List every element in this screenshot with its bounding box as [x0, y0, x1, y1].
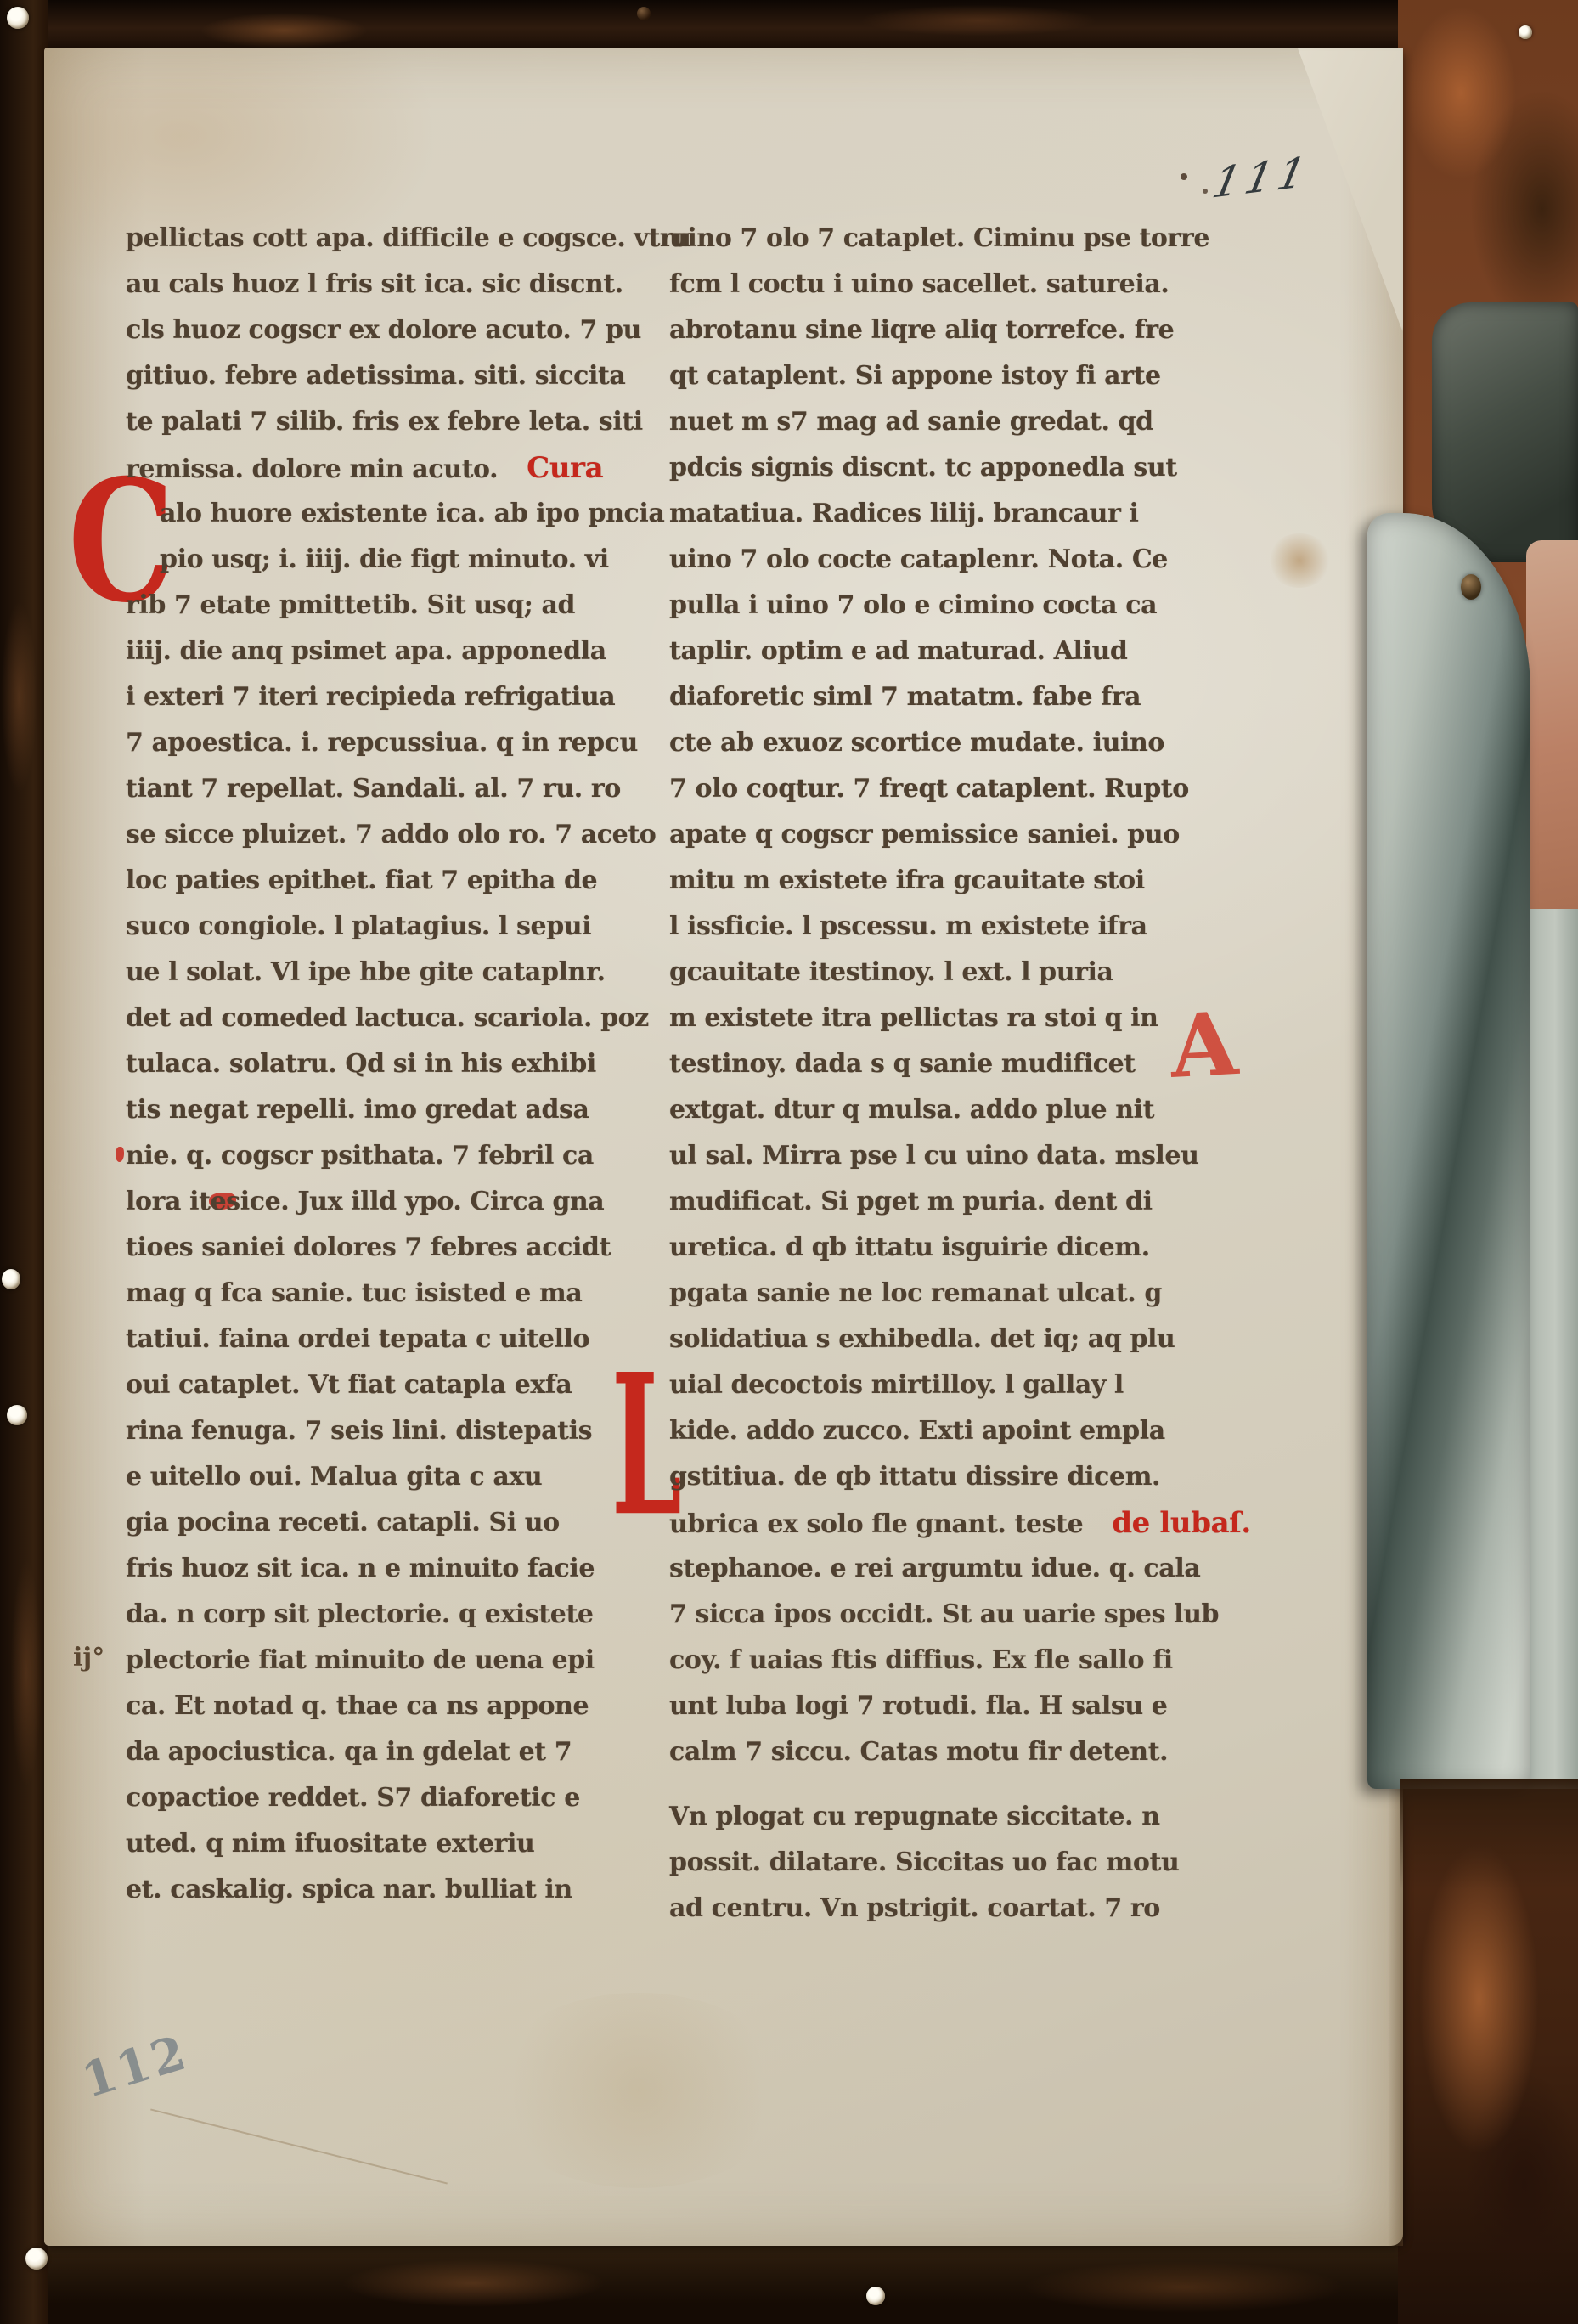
text-column-right: uino 7 olo 7 cataplet. Ciminu pse torref… — [669, 216, 1264, 1932]
manuscript-line: 7 olo coqtur. 7 freqt cataplent. Rupto — [669, 766, 1264, 812]
manuscript-line: tulaca. solatru. Qd si in his exhibi — [126, 1041, 659, 1087]
rubric-text: de lubaſ. — [1112, 1506, 1251, 1540]
manuscript-line: gcauitate itestinoy. l ext. l puria — [669, 950, 1264, 996]
manuscript-line: iiij. die anq psimet apa. apponedla — [126, 629, 659, 674]
manuscript-line: nuet m s7 mag ad sanie gredat. qd — [669, 399, 1264, 445]
manuscript-line: 7 sicca ipos occidt. St au uarie spes lu… — [669, 1592, 1264, 1638]
manuscript-line: ad centru. Vn pstrigit. coartat. 7 ro — [669, 1886, 1264, 1932]
manuscript-line: i exteri 7 iteri recipieda refrigatiua — [126, 674, 659, 720]
manuscript-line: mag q fca sanie. tuc isisted e ma — [126, 1271, 659, 1317]
manuscript-line: stephanoe. e rei argumtu idue. q. cala — [669, 1546, 1264, 1592]
metal-boss-icon — [7, 7, 29, 29]
manuscript-line: oui cataplet. Vt fiat catapla exfa — [126, 1362, 659, 1408]
metal-boss-icon — [25, 2248, 48, 2270]
manuscript-line: pellictas cott apa. difficile e cogsce. … — [126, 216, 659, 262]
manuscript-line: se sicce pluizet. 7 addo olo ro. 7 aceto — [126, 812, 659, 858]
manuscript-line: taplir. optim e ad maturad. Aliud — [669, 629, 1264, 674]
manuscript-line: te palati 7 silib. fris ex febre leta. s… — [126, 399, 659, 445]
clasp-hinge-plate — [1432, 302, 1578, 562]
manuscript-line: pgata sanie ne loc remanat ulcat. g — [669, 1271, 1264, 1317]
nail-icon — [637, 7, 651, 20]
manuscript-line: matatiua. Radices lilij. brancaur i — [669, 491, 1264, 537]
manuscript-line: fcm l coctu i uino sacellet. satureia. — [669, 262, 1264, 307]
manuscript-line: rina fenuga. 7 seis lini. distepatis — [126, 1408, 659, 1454]
folio-number-bottom: 112 — [76, 2024, 194, 2109]
manuscript-line: et. caskalig. spica nar. bulliat in — [126, 1867, 659, 1913]
manuscript-line: mitu m existete ifra gcauitate stoi — [669, 858, 1264, 904]
manuscript-line: gstitiua. de qb ittatu dissire dicem. — [669, 1454, 1264, 1500]
binding-edge-left — [0, 0, 48, 2324]
manuscript-line: au cals huoz l fris sit ica. sic discnt. — [126, 262, 659, 307]
manuscript-line: uretica. d qb ittatu isguirie dicem. — [669, 1225, 1264, 1271]
clasp-shadow — [1400, 1779, 1578, 1889]
manuscript-line: kide. addo zucco. Exti apoint empla — [669, 1408, 1264, 1454]
text-column-left: pellictas cott apa. difficile e cogsce. … — [126, 216, 659, 1913]
manuscript-line: gia pocina receti. catapli. Si uo — [126, 1500, 659, 1546]
stain — [1267, 533, 1332, 588]
manuscript-line: m existete itra pellictas ra stoi q in — [669, 996, 1264, 1041]
metal-boss-icon — [2, 1269, 20, 1289]
manuscript-line: uino 7 olo cocte cataplenr. Nota. Ce — [669, 537, 1264, 583]
manuscript-line: 7 apoestica. i. repcussiua. q in repcu — [126, 720, 659, 766]
metal-clasp — [1367, 513, 1530, 1789]
margin-quire-note: ij° — [73, 1643, 104, 1672]
metal-boss-icon — [1519, 25, 1532, 39]
manuscript-line: cls huoz cogscr ex dolore acuto. 7 pu — [126, 307, 659, 353]
manuscript-line: unt luba logi 7 rotudi. fla. H salsu e — [669, 1684, 1264, 1729]
manuscript-line: copactioe reddet. S7 diaforetic e — [126, 1775, 659, 1821]
manuscript-line: ul sal. Mirra pse l cu uino data. msleu — [669, 1133, 1264, 1179]
manuscript-line: plectorie fiat minuito de uena epi — [126, 1638, 659, 1684]
manuscript-line: pio usq; i. iiij. die figt minuto. vi — [126, 537, 659, 583]
manuscript-line: da. n corp sit plectorie. q existete — [126, 1592, 659, 1638]
stain — [486, 1993, 792, 2188]
manuscript-line: nie. q. cogscr psithata. 7 febril ca — [126, 1133, 659, 1179]
clasp-rivet-icon — [1461, 574, 1481, 600]
manuscript-line: Vn plogat cu repugnate siccitate. n — [669, 1794, 1264, 1840]
manuscript-line: l issficie. l pscessu. m existete ifra — [669, 904, 1264, 950]
manuscript-line: lora itesice. Jux illd ypo. Circa gna — [126, 1179, 659, 1225]
manuscript-line: loc paties epithet. fiat 7 epitha de — [126, 858, 659, 904]
manuscript-line: coy. f uaias ftis diffius. Ex fle sallo … — [669, 1638, 1264, 1684]
rubric-text: Cura — [527, 451, 603, 485]
manuscript-line: diaforetic siml 7 matatm. fabe fra — [669, 674, 1264, 720]
manuscript-line: possit. dilatare. Siccitas uo fac motu — [669, 1840, 1264, 1886]
manuscript-line: fris huoz sit ica. n e minuito facie — [126, 1546, 659, 1592]
manuscript-line: cte ab exuoz scortice mudate. iuino — [669, 720, 1264, 766]
stain — [1203, 189, 1208, 194]
manuscript-line: uial decoctois mirtilloy. l gallay l — [669, 1362, 1264, 1408]
manuscript-line: da apociustica. qa in gdelat et 7 — [126, 1729, 659, 1775]
manuscript-line: apate q cogscr pemissice saniei. puo — [669, 812, 1264, 858]
manuscript-line: pdcis signis discnt. tc apponedla sut — [669, 445, 1264, 491]
manuscript-line: extgat. dtur q mulsa. addo plue nit — [669, 1087, 1264, 1133]
manuscript-line: alo huore existente ica. ab ipo pncia — [126, 491, 659, 537]
manuscript-line: gitiuo. febre adetissima. siti. siccita — [126, 353, 659, 399]
manuscript-line: e uitello oui. Malua gita c axu — [126, 1454, 659, 1500]
manuscript-line: tioes saniei dolores 7 febres accidt — [126, 1225, 659, 1271]
manuscript-line: ue l solat. Vl ipe hbe gite cataplnr. — [126, 950, 659, 996]
manuscript-line: det ad comeded lactuca. scariola. poz — [126, 996, 659, 1041]
manuscript-photo: 111 112 ij° C L A pellictas cott apa. di… — [0, 0, 1578, 2324]
folio-number-top: 111 — [1208, 147, 1315, 207]
parchment-crease — [150, 2108, 448, 2184]
manuscript-line: ubrica ex solo fle gnant. testede lubaſ. — [669, 1500, 1264, 1546]
manuscript-line: tatiui. faina ordei tepata c uitello — [126, 1317, 659, 1362]
manuscript-line: rib 7 etate pmittetib. Sit usq; ad — [126, 583, 659, 629]
leather-strap — [1526, 540, 1578, 919]
manuscript-line: calm 7 siccu. Catas motu fir detent. — [669, 1729, 1264, 1775]
red-ink-fleck — [116, 1147, 124, 1162]
manuscript-line: uted. q nim ifuositate exteriu — [126, 1821, 659, 1867]
manuscript-line: abrotanu sine liqre aliq torrefce. fre — [669, 307, 1264, 353]
binding-edge-top — [0, 0, 1578, 51]
manuscript-line: mudificat. Si pget m puria. dent di — [669, 1179, 1264, 1225]
manuscript-line: solidatiua s exhibedla. det iq; aq plu — [669, 1317, 1264, 1362]
manuscript-line: testinoy. dada s q sanie mudificet — [669, 1041, 1264, 1087]
manuscript-line: remissa. dolore min acuto.Cura — [126, 445, 659, 491]
binding-edge-bottom — [0, 2242, 1578, 2324]
manuscript-line: tiant 7 repellat. Sandali. al. 7 ru. ro — [126, 766, 659, 812]
manuscript-line: uino 7 olo 7 cataplet. Ciminu pse torre — [669, 216, 1264, 262]
metal-boss-icon — [7, 1405, 27, 1425]
manuscript-line: pulla i uino 7 olo e cimino cocta ca — [669, 583, 1264, 629]
manuscript-page: 111 112 ij° C L A pellictas cott apa. di… — [44, 48, 1403, 2246]
stain — [1181, 173, 1187, 180]
manuscript-line: tis negat repelli. imo gredat adsa — [126, 1087, 659, 1133]
metal-boss-icon — [866, 2287, 885, 2305]
manuscript-line: ca. Et notad q. thae ca ns appone — [126, 1684, 659, 1729]
manuscript-line: suco congiole. l platagius. l sepui — [126, 904, 659, 950]
manuscript-line: qt cataplent. Si appone istoy fi arte — [669, 353, 1264, 399]
